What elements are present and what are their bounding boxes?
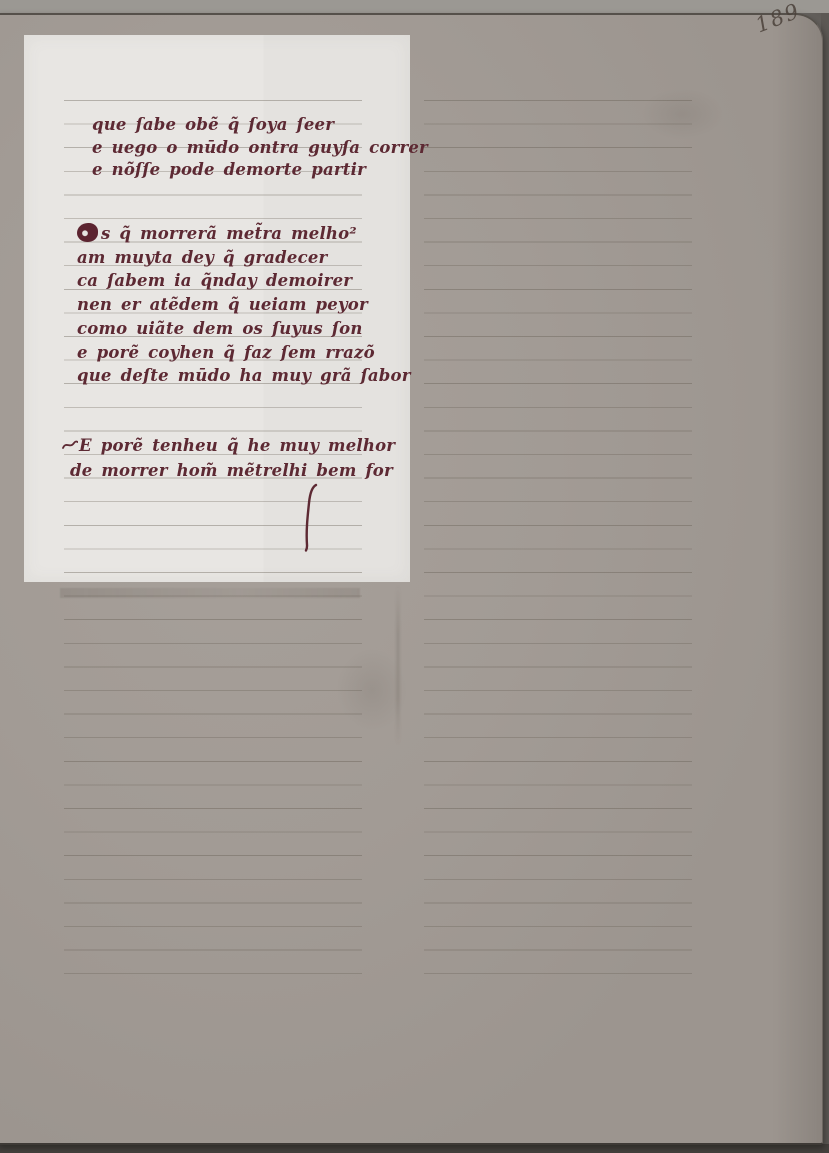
illuminated-initial-o: O	[77, 223, 98, 242]
manuscript-line: de morrer hom̃ mẽtrelhi bem for	[62, 458, 395, 483]
swash-flourish-icon	[62, 433, 78, 445]
manuscript-line: e uego o mūdo ontra guyſa correr	[92, 137, 428, 160]
manuscript-line: e porẽ coyhen q̃ faz ſem rrazõ	[77, 341, 411, 365]
ruling-lines-right-column	[424, 100, 692, 984]
manuscript-line: Os q̃ morrerã met̃ra melho²	[77, 222, 411, 246]
stanza-2: Os q̃ morrerã met̃ra melho² am muyta dey…	[77, 222, 411, 388]
manuscript-line: que deſte mūdo ha muy grã ſabor	[77, 364, 411, 388]
manuscript-line: como uiãte dem os ſuyus ſon	[77, 317, 411, 341]
manuscript-line: ca ſabem ia q̃nday demoirer	[77, 269, 411, 293]
manuscript-line-text: s q̃ morrerã met̃ra melho²	[101, 224, 357, 243]
manuscript-line: nen er atẽdem q̃ ueiam peyor	[77, 293, 411, 317]
pen-flourish-descender	[296, 483, 322, 553]
manuscript-photo: 189 que ſabe obẽ q̃ ſoya ſeer e uego o m…	[0, 0, 829, 1153]
fiinda-stanza: E porẽ tenheu q̃ he muy melhor de morrer…	[62, 433, 395, 483]
manuscript-line: que ſabe obẽ q̃ ſoya ſeer	[92, 114, 428, 137]
stanza-1: que ſabe obẽ q̃ ſoya ſeer e uego o mūdo …	[92, 114, 428, 182]
manuscript-line: am muyta dey q̃ gradecer	[77, 246, 411, 270]
manuscript-line-text: E porẽ tenheu q̃ he muy melhor	[79, 436, 395, 455]
manuscript-line: E porẽ tenheu q̃ he muy melhor	[62, 433, 395, 458]
manuscript-line: e nõſſe pode demorte partir	[92, 159, 428, 182]
